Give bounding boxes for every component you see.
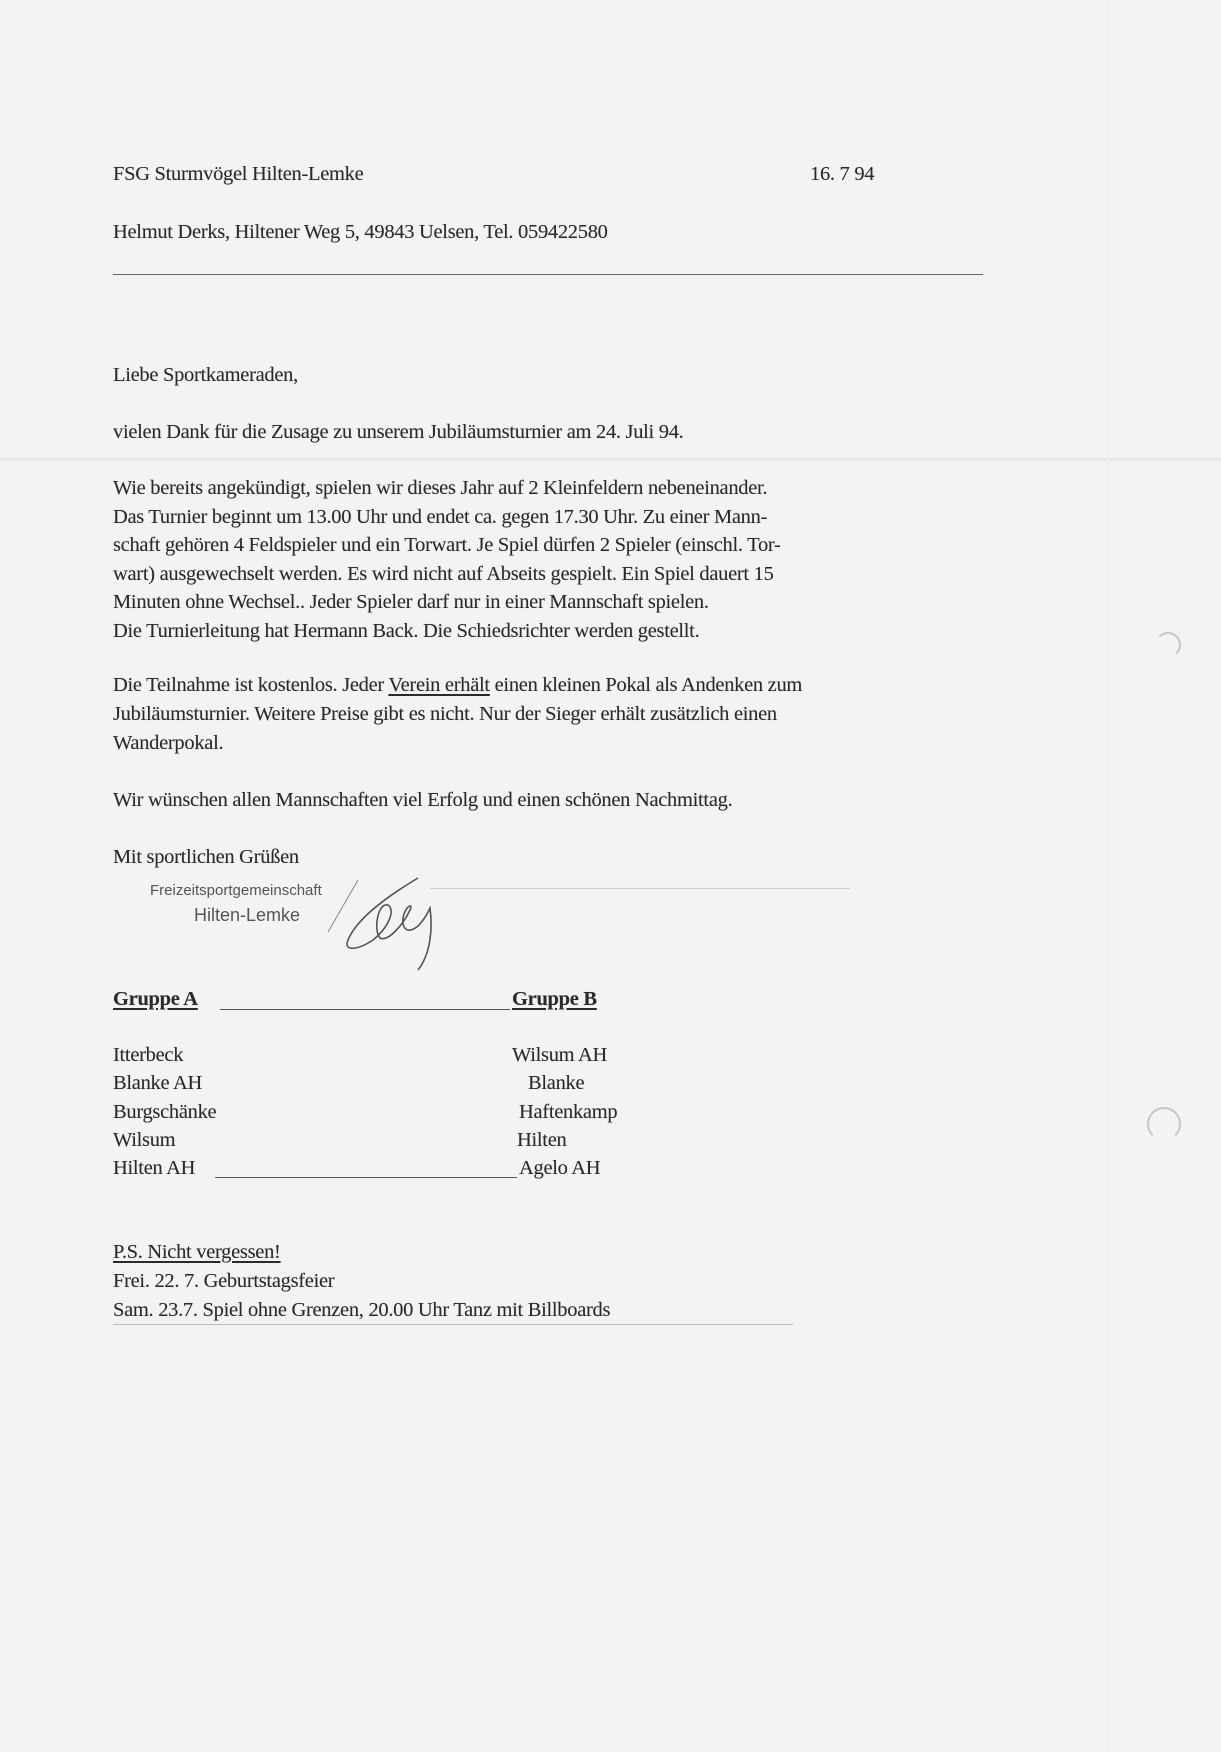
stamp-line1: Freizeitsportgemeinschaft — [150, 882, 322, 899]
group-a-team: Hilten AH — [113, 1154, 195, 1183]
header-rule — [113, 274, 983, 275]
group-footer-rule — [215, 1177, 517, 1178]
rules-line: schaft gehören 4 Feldspieler und ein Tor… — [113, 531, 781, 560]
group-b-team: Blanke — [528, 1069, 584, 1098]
ps-title: P.S. Nicht vergessen! — [113, 1238, 281, 1267]
group-a-title: Gruppe A — [113, 985, 198, 1014]
sender-address: Helmut Derks, Hiltener Weg 5, 49843 Uels… — [113, 218, 608, 247]
group-b-team: Haftenkamp — [519, 1098, 617, 1127]
group-a-team: Itterbeck — [113, 1041, 183, 1070]
letter-date: 16. 7 94 — [810, 160, 874, 189]
group-b-team: Hilten — [517, 1126, 566, 1155]
rules-line: Wie bereits angekündigt, spielen wir die… — [113, 474, 767, 503]
rules-line: Das Turnier beginnt um 13.00 Uhr und end… — [113, 503, 767, 532]
wish-text: Wir wünschen allen Mannschaften viel Erf… — [113, 789, 732, 811]
group-a-team: Blanke AH — [113, 1069, 202, 1098]
prize-text: einen kleinen Pokal als Andenken zum — [490, 674, 802, 696]
group-a-team: Wilsum — [113, 1126, 175, 1155]
punch-mark — [1155, 632, 1181, 658]
club-name: FSG Sturmvögel Hilten-Lemke — [113, 160, 363, 189]
fold-line — [1107, 0, 1109, 1752]
group-a-team: Burgschänke — [113, 1098, 216, 1127]
punch-mark — [1147, 1107, 1181, 1141]
group-b-team: Agelo AH — [519, 1154, 600, 1183]
ps-rule — [113, 1324, 793, 1325]
closing: Mit sportlichen Grüßen — [113, 843, 299, 872]
stamp-line2: Hilten-Lemke — [194, 905, 300, 926]
signature — [318, 870, 498, 980]
wish-line: Wir wünschen allen Mannschaften viel Erf… — [113, 786, 732, 815]
signature-rule — [430, 888, 850, 889]
ps-event: Frei. 22. 7. Geburtstagsfeier — [113, 1267, 334, 1296]
fold-line — [0, 458, 1221, 461]
group-b-title: Gruppe B — [512, 985, 597, 1014]
group-header-rule — [220, 1009, 510, 1010]
prize-underlined: Verein erhält — [388, 674, 489, 696]
rules-line: Die Turnierleitung hat Hermann Back. Die… — [113, 617, 699, 646]
salutation: Liebe Sportkameraden, — [113, 361, 298, 390]
group-b-team: Wilsum AH — [512, 1041, 607, 1070]
ps-event: Sam. 23.7. Spiel ohne Grenzen, 20.00 Uhr… — [113, 1296, 610, 1325]
prize-line: Wanderpokal. — [113, 729, 223, 758]
prize-line: Jubiläumsturnier. Weitere Preise gibt es… — [113, 700, 777, 729]
prize-line: Die Teilnahme ist kostenlos. Jeder Verei… — [113, 671, 802, 700]
rules-line: wart) ausgewechselt werden. Es wird nich… — [113, 560, 774, 589]
prize-text: Die Teilnahme ist kostenlos. Jeder — [113, 674, 388, 696]
thanks-line: vielen Dank für die Zusage zu unserem Ju… — [113, 418, 684, 447]
rules-line: Minuten ohne Wechsel.. Jeder Spieler dar… — [113, 588, 709, 617]
